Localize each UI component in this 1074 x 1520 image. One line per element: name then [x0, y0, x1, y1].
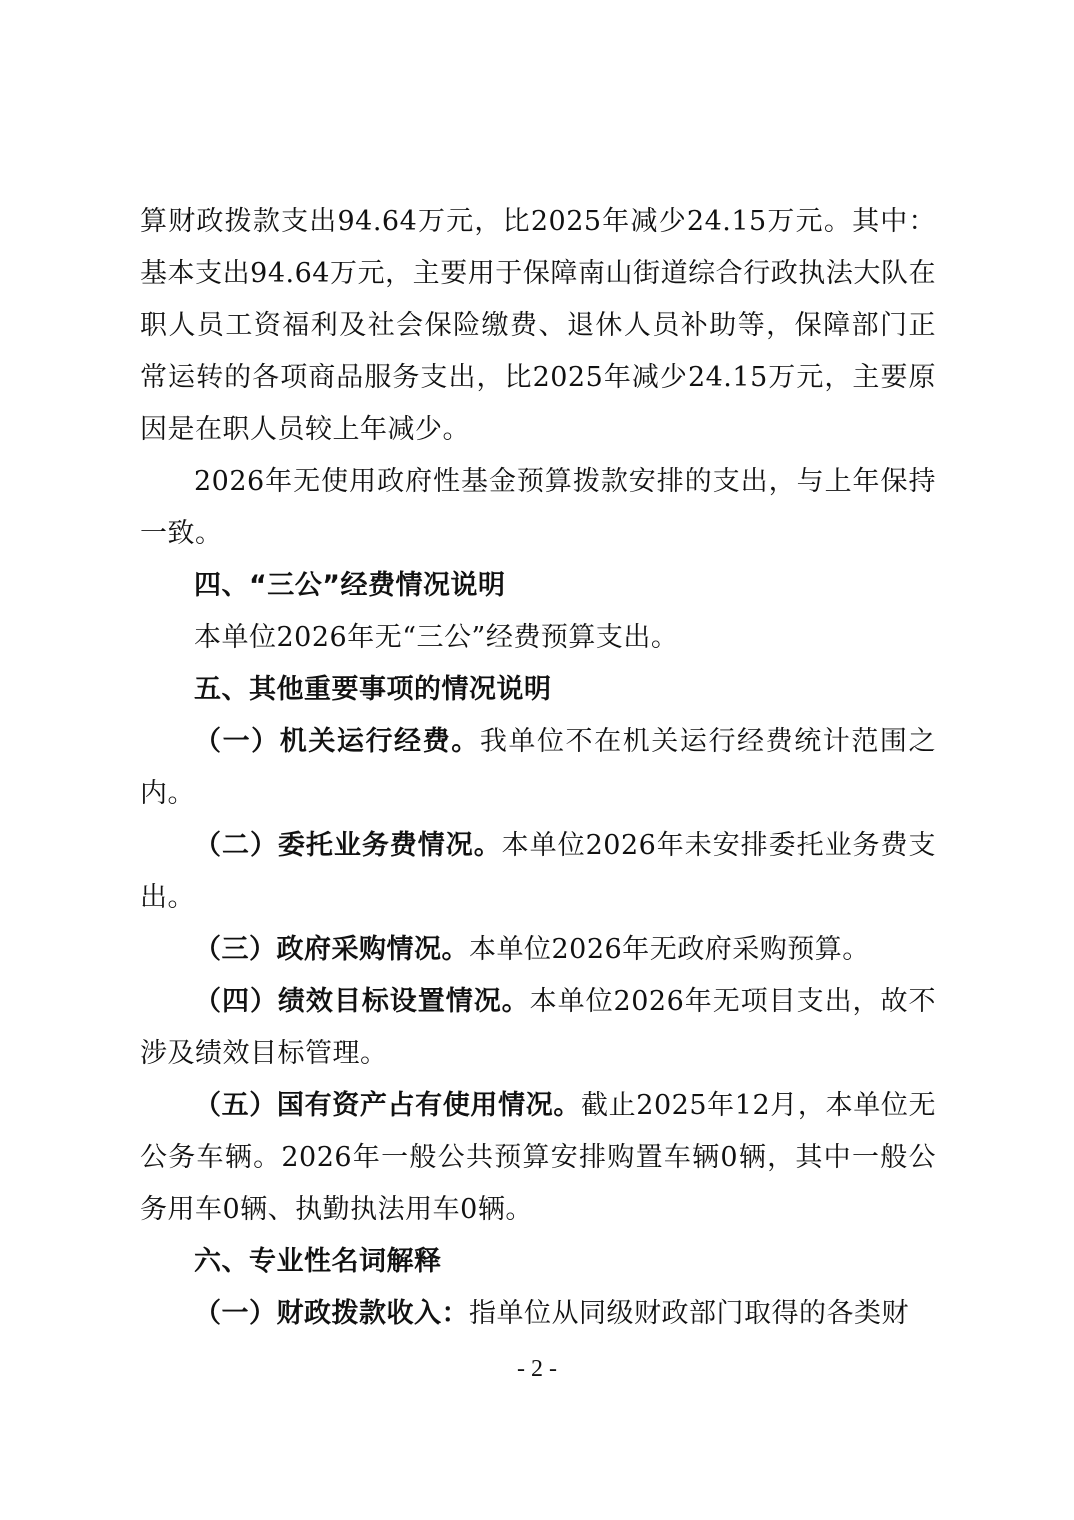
item-performance-goals: （四）绩效目标设置情况。本单位2026年无项目支出，故不涉及绩效目标管理。 — [140, 976, 936, 1080]
page-number: - 2 - — [0, 1356, 1074, 1383]
section-heading-terms: 六、专业性名词解释 — [140, 1236, 936, 1288]
item-lead: （一）机关运行经费。 — [194, 726, 480, 757]
item-lead: （一）财政拨款收入： — [194, 1298, 469, 1329]
item-text: 指单位从同级财政部门取得的各类财 — [469, 1298, 909, 1329]
section-heading-three-public: 四、“三公”经费情况说明 — [140, 560, 936, 612]
item-lead: （五）国有资产占有使用情况。 — [194, 1090, 581, 1121]
paragraph-expenditure-continuation: 算财政拨款支出94.64万元，比2025年减少24.15万元。其中：基本支出94… — [140, 196, 936, 456]
item-text: 本单位2026年无政府采购预算。 — [469, 934, 870, 965]
document-page: 算财政拨款支出94.64万元，比2025年减少24.15万元。其中：基本支出94… — [0, 0, 1074, 1520]
paragraph-three-public: 本单位2026年无“三公”经费预算支出。 — [140, 612, 936, 664]
section-heading-other-matters: 五、其他重要事项的情况说明 — [140, 664, 936, 716]
item-lead: （二）委托业务费情况。 — [194, 830, 502, 861]
item-gov-procurement: （三）政府采购情况。本单位2026年无政府采购预算。 — [140, 924, 936, 976]
paragraph-gov-fund: 2026年无使用政府性基金预算拨款安排的支出，与上年保持一致。 — [140, 456, 936, 560]
item-lead: （三）政府采购情况。 — [194, 934, 469, 965]
item-operating-funds: （一）机关运行经费。我单位不在机关运行经费统计范围之内。 — [140, 716, 936, 820]
item-state-assets: （五）国有资产占有使用情况。截止2025年12月，本单位无公务车辆。2026年一… — [140, 1080, 936, 1236]
item-entrusted-business: （二）委托业务费情况。本单位2026年未安排委托业务费支出。 — [140, 820, 936, 924]
document-body: 算财政拨款支出94.64万元，比2025年减少24.15万元。其中：基本支出94… — [140, 196, 936, 1340]
item-lead: （四）绩效目标设置情况。 — [194, 986, 530, 1017]
item-fiscal-income: （一）财政拨款收入：指单位从同级财政部门取得的各类财 — [140, 1288, 936, 1340]
